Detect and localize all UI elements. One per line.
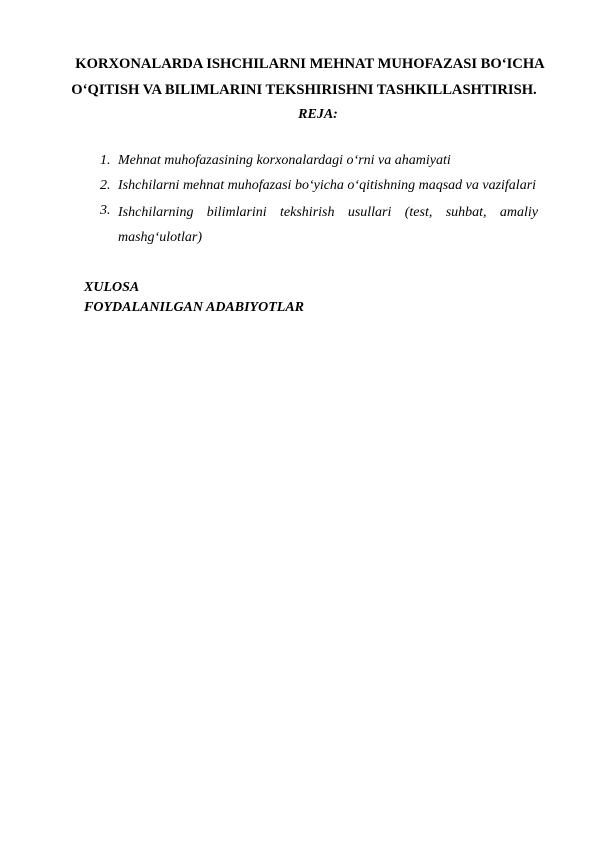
plan-item-text: Ishchilarni mehnat muhofazasi bo‘yicha o… — [118, 175, 538, 197]
plan-item: 2. Ishchilarni mehnat muhofazasi bo‘yich… — [100, 175, 538, 197]
plan-item-text: Mehnat muhofazasining korxonalardagi o‘r… — [118, 150, 538, 172]
plan-list: 1. Mehnat muhofazasining korxonalardagi … — [100, 150, 538, 253]
document-title-line-2: O‘QITISH VA BILIMLARINI TEKSHIRISHNI TAS… — [18, 81, 590, 99]
plan-item-number: 2. — [100, 175, 111, 197]
plan-item: 3. Ishchilarning bilimlarini tekshirish … — [100, 200, 538, 250]
plan-item-number: 3. — [100, 200, 111, 222]
plan-item: 1. Mehnat muhofazasining korxonalardagi … — [100, 150, 538, 172]
plan-heading: REJA: — [0, 106, 596, 124]
plan-item-number: 1. — [100, 150, 111, 172]
plan-item-text: Ishchilarning bilimlarini tekshirish usu… — [118, 200, 538, 250]
references-heading: FOYDALANILGAN ADABIYOTLAR — [84, 299, 304, 317]
conclusion-heading: XULOSA — [84, 279, 139, 297]
document-title-line-1: KORXONALARDA ISHCHILARNI MEHNAT MUHOFAZA… — [24, 55, 596, 73]
